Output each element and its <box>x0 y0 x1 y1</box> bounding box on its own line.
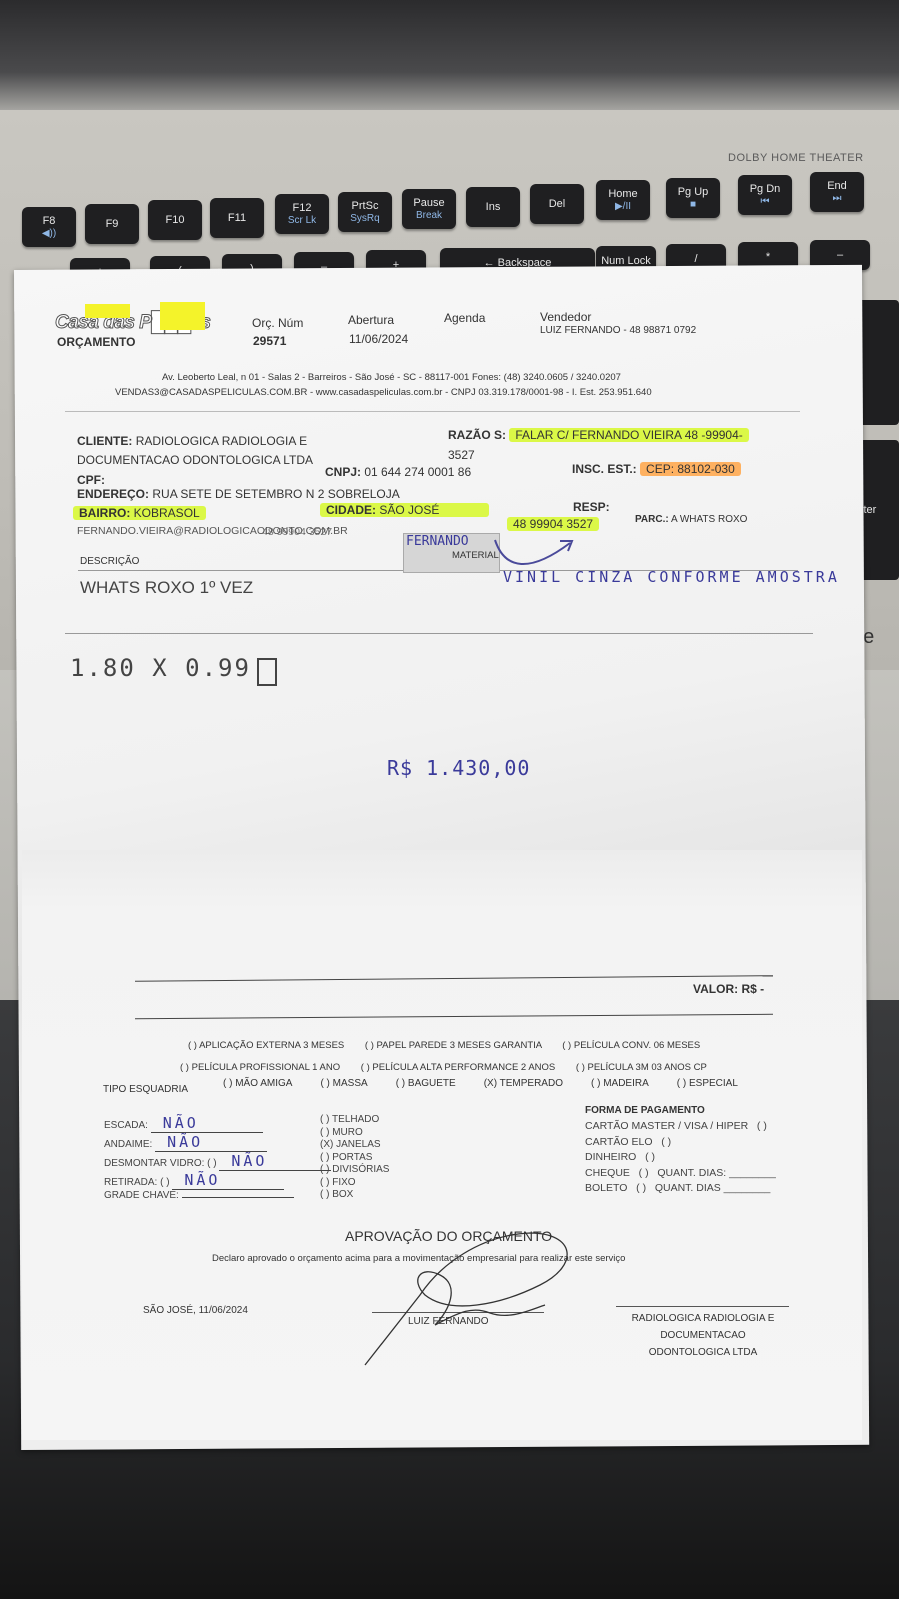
descricao-label: DESCRIÇÃO <box>80 556 139 567</box>
service-field: RETIRADA: ( ) NÃO <box>104 1171 284 1190</box>
vendedor-value: LUIZ FERNANDO - 48 98871 0792 <box>540 325 696 336</box>
resp-value: 48 99904 3527 <box>507 517 599 531</box>
location-option[interactable]: ( ) PORTAS <box>320 1152 372 1163</box>
insc-est-field: INSC. EST.: CEP: 88102-030 <box>572 462 741 476</box>
esquadria-option[interactable]: ( ) MÃO AMIGA <box>223 1078 292 1089</box>
description-value: WHATS ROXO 1º VEZ <box>80 578 253 598</box>
tipo-esquadria-options: ( ) MÃO AMIGA( ) MASSA( ) BAGUETE(X) TEM… <box>223 1078 766 1089</box>
place-date: SÃO JOSÉ, 11/06/2024 <box>143 1305 248 1316</box>
razao-field: RAZÃO S: FALAR C/ FERNANDO VIEIRA 48 -99… <box>448 428 749 442</box>
location-option[interactable]: ( ) BOX <box>320 1189 353 1200</box>
location-option[interactable]: ( ) MURO <box>320 1127 363 1138</box>
esquadria-option[interactable]: ( ) MASSA <box>320 1078 367 1089</box>
esquadria-option[interactable]: ( ) BAGUETE <box>396 1078 456 1089</box>
vendedor-label: Vendedor <box>540 310 591 324</box>
key-f11[interactable]: F11 <box>210 198 264 238</box>
cnpj-field: CNPJ: 01 644 274 0001 86 <box>325 465 471 479</box>
payment-option[interactable]: DINHEIRO ( ) <box>585 1151 655 1163</box>
doc-type: ORÇAMENTO <box>57 335 135 349</box>
key-f10[interactable]: F10 <box>148 200 202 240</box>
client-signature-2: DOCUMENTACAO <box>610 1330 796 1341</box>
client-signature-1: RADIOLOGICA RADIOLOGIA E <box>610 1313 796 1324</box>
parc-field: PARC.: A WHATS ROXO <box>635 514 747 525</box>
key-pause[interactable]: PauseBreak <box>402 189 456 229</box>
handwritten-box <box>257 658 277 686</box>
signature-line <box>616 1306 789 1307</box>
location-option[interactable]: ( ) TELHADO <box>320 1114 379 1125</box>
location-option[interactable]: ( ) FIXO <box>320 1177 356 1188</box>
payment-option[interactable]: CHEQUE ( ) QUANT. DIAS: ________ <box>585 1167 776 1179</box>
divider <box>65 411 800 412</box>
key-ins[interactable]: Ins <box>466 187 520 227</box>
key-f12[interactable]: F12Scr Lk <box>275 194 329 234</box>
cliente-field: CLIENTE: RADIOLOGICA RADIOLOGIA E <box>77 434 307 448</box>
service-field: ANDAIME: NÃO <box>104 1133 267 1152</box>
key-pg-up[interactable]: Pg Up■ <box>666 178 720 218</box>
key-home[interactable]: Home▶/II <box>596 180 650 220</box>
location-option[interactable]: (X) JANELAS <box>320 1139 381 1150</box>
key-del[interactable]: Del <box>530 184 584 224</box>
payment-option[interactable]: CARTÃO MASTER / VISA / HIPER ( ) <box>585 1120 767 1132</box>
laptop-screen-bezel <box>0 0 899 120</box>
key-f9[interactable]: F9 <box>85 204 139 244</box>
key-f8[interactable]: F8◀)) <box>22 207 76 247</box>
dolby-label: DOLBY HOME THEATER <box>728 152 864 164</box>
location-option[interactable]: ( ) DIVISÓRIAS <box>320 1164 389 1175</box>
cpf-label: CPF: <box>77 473 105 487</box>
razao-field-cont: 3527 <box>448 448 475 462</box>
key-end[interactable]: End⏭ <box>810 172 864 212</box>
resp-label: RESP: <box>573 500 610 514</box>
service-field: ESCADA: NÃO <box>104 1114 263 1133</box>
payment-option[interactable]: BOLETO ( ) QUANT. DIAS ________ <box>585 1182 770 1194</box>
payment-title: FORMA DE PAGAMENTO <box>585 1105 705 1116</box>
orc-num-label: Orç. Núm <box>252 316 303 330</box>
bairro-field: BAIRRO: KOBRASOL <box>73 506 206 520</box>
option-row-1: ( ) APLICAÇÃO EXTERNA 3 MESES ( ) PAPEL … <box>188 1040 700 1051</box>
handwritten-note: VINIL CINZA CONFORME AMOSTRA <box>503 568 840 586</box>
esquadria-option[interactable]: (X) TEMPERADO <box>484 1078 563 1089</box>
payment-option[interactable]: CARTÃO ELO ( ) <box>585 1136 671 1148</box>
option-row-2: ( ) PELÍCULA PROFISSIONAL 1 ANO ( ) PELÍ… <box>180 1062 707 1073</box>
email-overlap-phone: 48 99904 3527 <box>262 526 332 538</box>
redaction-mark <box>160 302 205 330</box>
client-signature-3: ODONTOLOGICA LTDA <box>610 1347 796 1358</box>
endereco-field: ENDEREÇO: RUA SETE DE SETEMBRO N 2 SOBRE… <box>77 487 400 501</box>
handwritten-price: R$ 1.430,00 <box>387 756 530 780</box>
cidade-field: CIDADE: SÃO JOSÉ <box>320 503 489 517</box>
handwritten-dimensions: 1.80 X 0.99 <box>70 654 251 682</box>
valor-label: VALOR: R$ - <box>693 982 764 996</box>
esquadria-option[interactable]: ( ) ESPECIAL <box>677 1078 738 1089</box>
company-contact: VENDAS3@CASADASPELICULAS.COM.BR - www.ca… <box>115 387 652 398</box>
abertura-label: Abertura <box>348 313 394 327</box>
esquadria-option[interactable]: ( ) MADEIRA <box>591 1078 649 1089</box>
service-field: GRADE CHAVE: <box>104 1190 294 1201</box>
divider <box>65 633 813 634</box>
key-prtsc[interactable]: PrtScSysRq <box>338 192 392 232</box>
service-field: DESMONTAR VIDRO: ( ) NÃO <box>104 1152 331 1171</box>
redaction-mark <box>85 304 130 318</box>
material-stamp: FERNANDO MATERIAL <box>403 533 500 573</box>
orc-num-value: 29571 <box>253 334 286 348</box>
key-pg-dn[interactable]: Pg Dn⏮ <box>738 175 792 215</box>
abertura-value: 11/06/2024 <box>349 332 408 346</box>
tipo-esquadria-label: TIPO ESQUADRIA <box>103 1084 188 1095</box>
cliente-field-cont: DOCUMENTACAO ODONTOLOGICA LTDA <box>77 453 313 467</box>
signature-scribble-icon <box>360 1225 590 1370</box>
agenda-label: Agenda <box>444 311 485 325</box>
company-address: Av. Leoberto Leal, n 01 - Salas 2 - Barr… <box>162 372 621 383</box>
